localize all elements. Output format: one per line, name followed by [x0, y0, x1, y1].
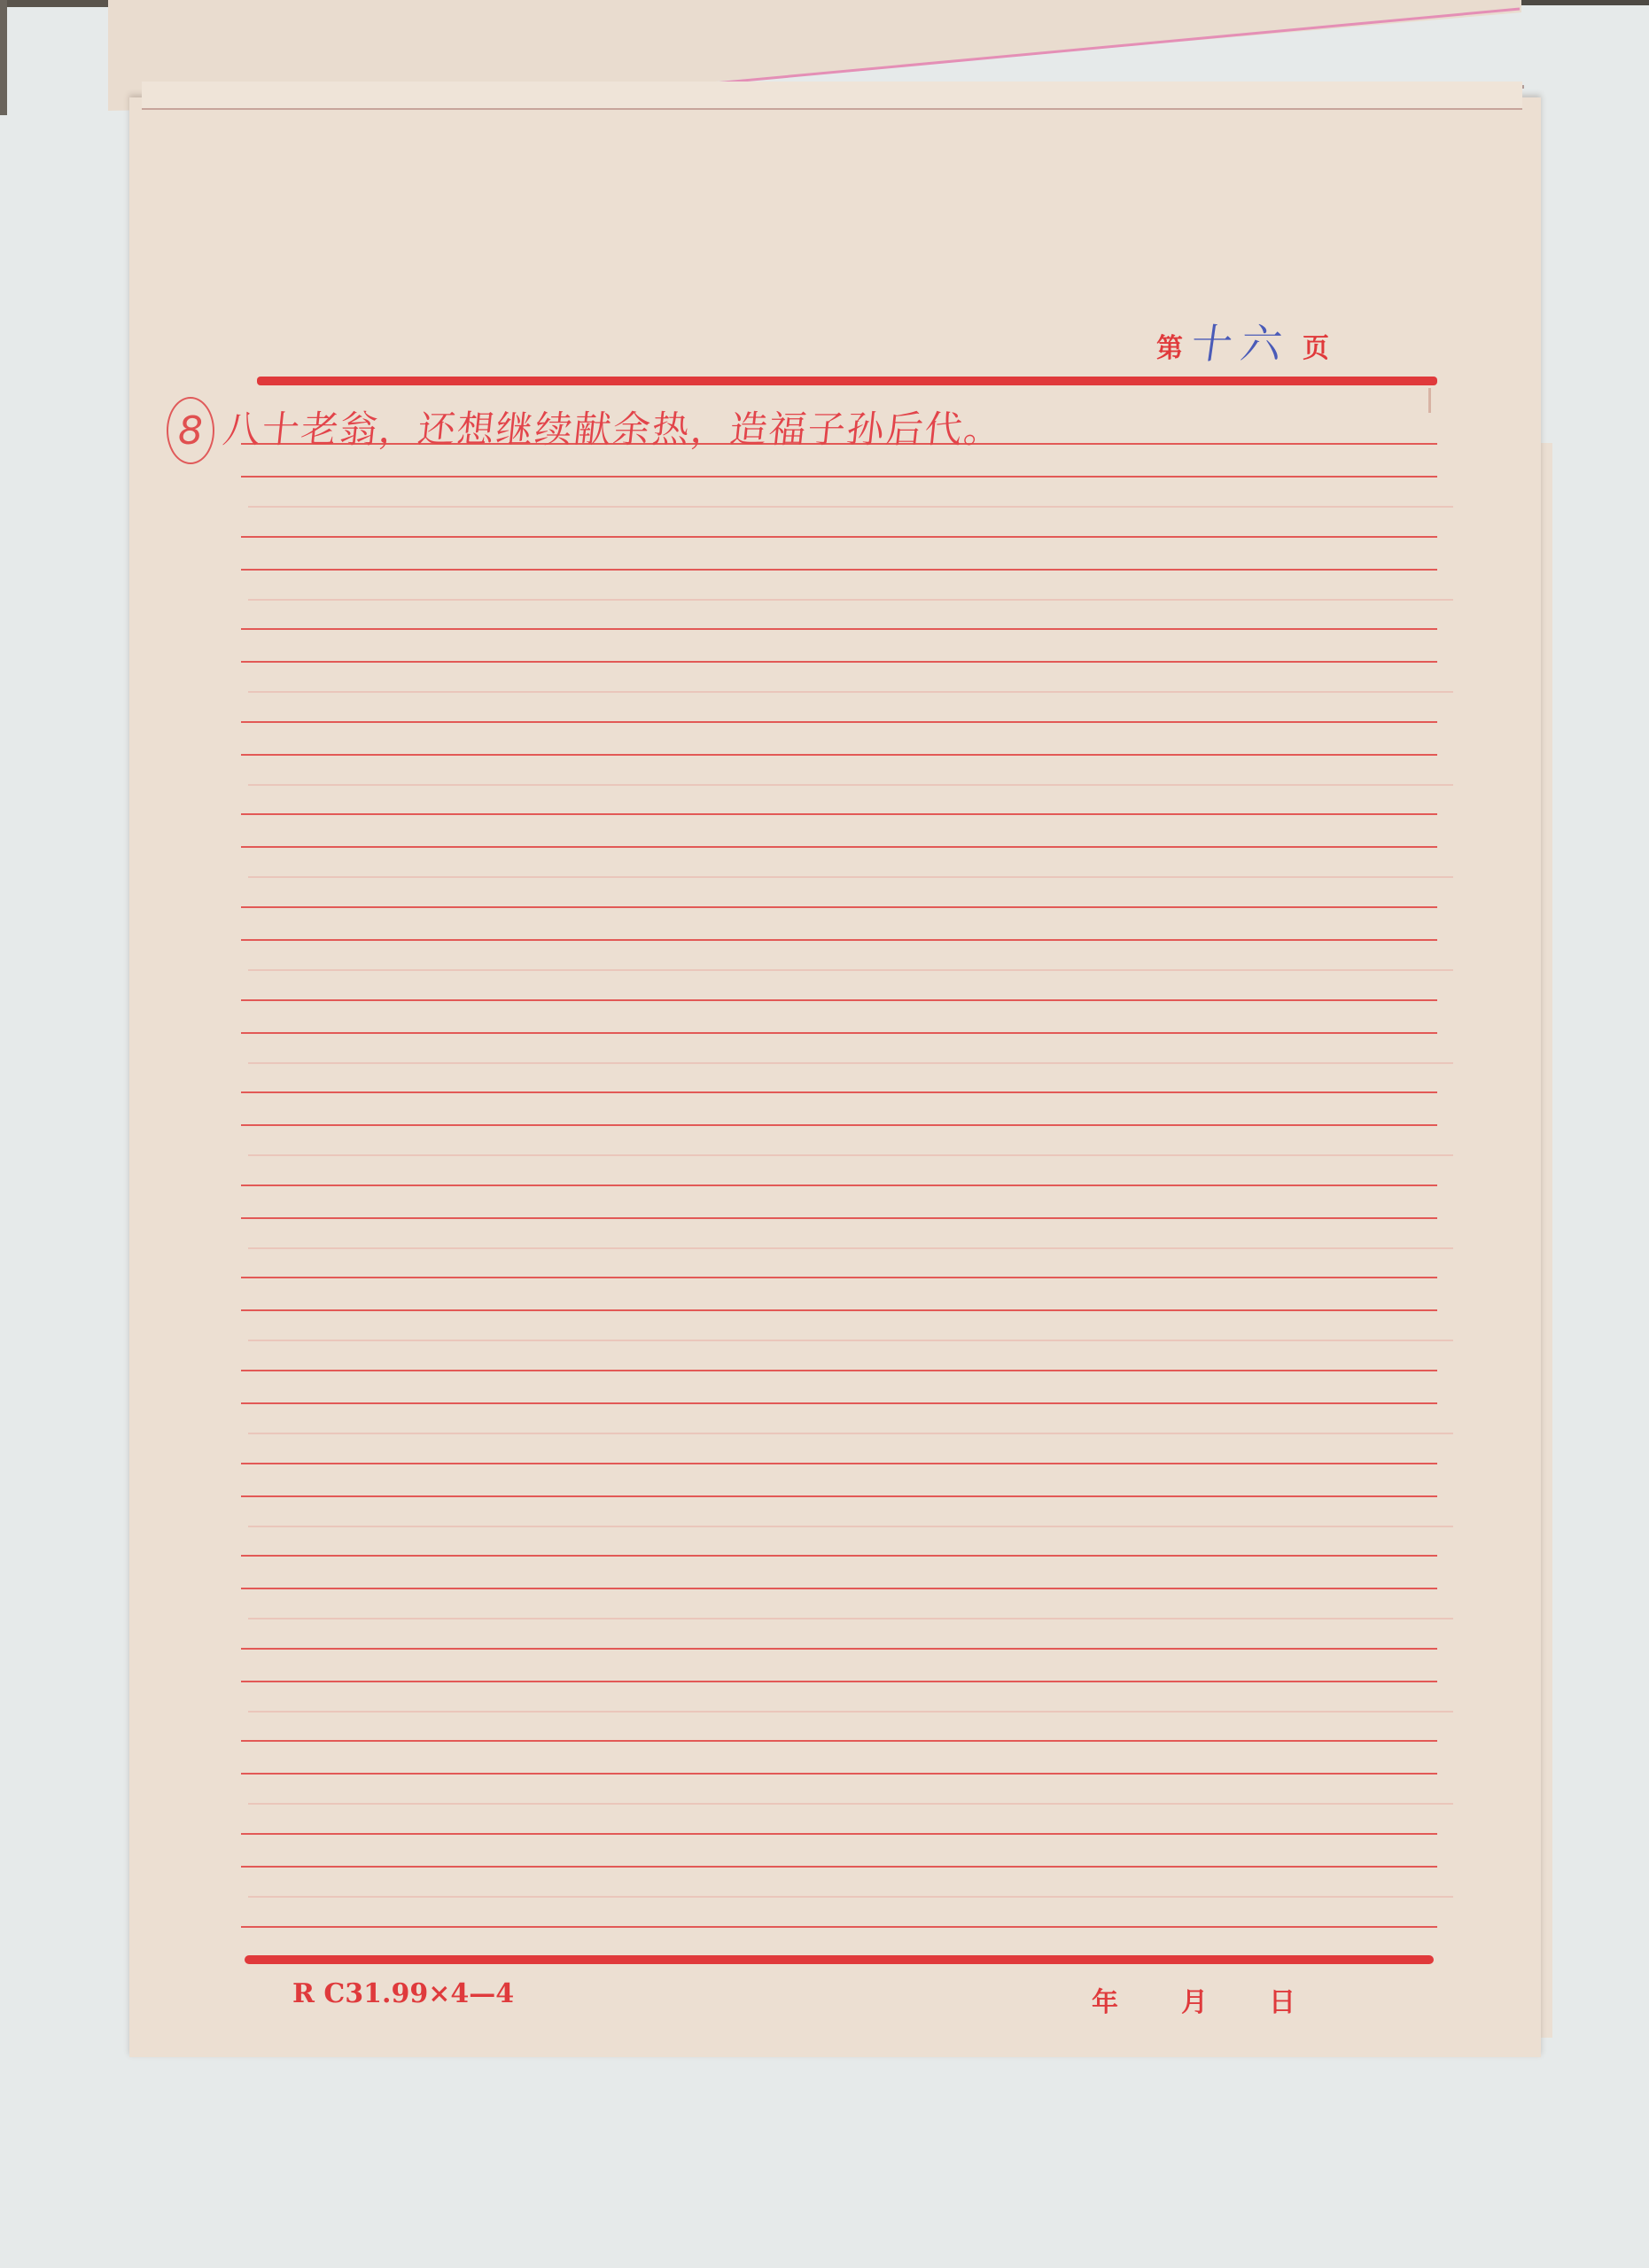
day-label: 日: [1269, 1980, 1295, 2019]
ruled-line: [241, 628, 1437, 630]
show-through-line: [248, 784, 1453, 786]
month-label: 月: [1181, 1980, 1208, 2019]
show-through-line: [248, 1154, 1453, 1156]
footer-rule: [245, 1955, 1434, 1964]
ruled-line: [241, 1309, 1437, 1311]
show-through-line: [248, 876, 1453, 878]
show-through-line: [248, 506, 1453, 508]
year-label: 年: [1092, 1980, 1118, 2019]
handwritten-text: 八十老翁，还想继续献余热，造福子孙后代。: [221, 400, 1006, 454]
ruled-line: [241, 939, 1437, 941]
ruled-line: [241, 1463, 1437, 1464]
header-rule: [257, 377, 1437, 385]
ruled-line: [241, 813, 1437, 815]
show-through-line: [248, 1618, 1453, 1619]
ruled-line: [241, 443, 1437, 445]
scanner-frame-edge: [0, 0, 7, 115]
show-through-line: [248, 1896, 1453, 1898]
ruled-line: [241, 1740, 1437, 1742]
ruled-line: [241, 1370, 1437, 1371]
ruled-line: [241, 1402, 1437, 1404]
show-through-line: [248, 1340, 1453, 1341]
ruled-line: [241, 1184, 1437, 1186]
page-number-handwritten: 十六: [1187, 312, 1295, 370]
ruled-line: [241, 1217, 1437, 1219]
show-through-line: [248, 969, 1453, 971]
ruled-line: [241, 1833, 1437, 1835]
ruled-line: [241, 536, 1437, 538]
ruled-line: [241, 1773, 1437, 1775]
show-through-line: [248, 599, 1453, 601]
ruled-line: [241, 1681, 1437, 1682]
show-through-line: [248, 1433, 1453, 1434]
show-through-line: [248, 1711, 1453, 1713]
ruled-line: [241, 1648, 1437, 1650]
show-through-line: [248, 1803, 1453, 1805]
manuscript-page: [129, 97, 1541, 2057]
page-prefix-label: 第: [1156, 326, 1183, 365]
ruled-line: [241, 1277, 1437, 1278]
ruled-line: [241, 999, 1437, 1001]
ruled-line: [241, 1032, 1437, 1034]
ruled-line: [241, 476, 1437, 478]
show-through-line: [248, 691, 1453, 693]
ruled-line: [241, 569, 1437, 571]
ruled-line: [241, 1588, 1437, 1589]
margin-mark: [1428, 388, 1431, 413]
ruled-line: [241, 721, 1437, 723]
ruled-line: [241, 661, 1437, 663]
ruled-line: [241, 1866, 1437, 1868]
ruled-line: [241, 1555, 1437, 1557]
ruled-line: [241, 1926, 1437, 1928]
circled-item-number: 8: [167, 397, 214, 464]
form-code: R C31.99×4—4: [292, 1978, 514, 2009]
page-suffix-label: 页: [1303, 326, 1329, 365]
ruled-line: [241, 846, 1437, 848]
show-through-line: [248, 1062, 1453, 1064]
ruled-line: [241, 1495, 1437, 1497]
show-through-line: [248, 1526, 1453, 1527]
scanner-frame-edge: [0, 0, 111, 7]
ruled-line: [241, 754, 1437, 756]
ruled-line: [241, 1091, 1437, 1093]
show-through-line: [248, 1247, 1453, 1249]
ruled-line: [241, 906, 1437, 908]
ruled-line: [241, 1124, 1437, 1126]
page-top-edge: [142, 82, 1522, 110]
